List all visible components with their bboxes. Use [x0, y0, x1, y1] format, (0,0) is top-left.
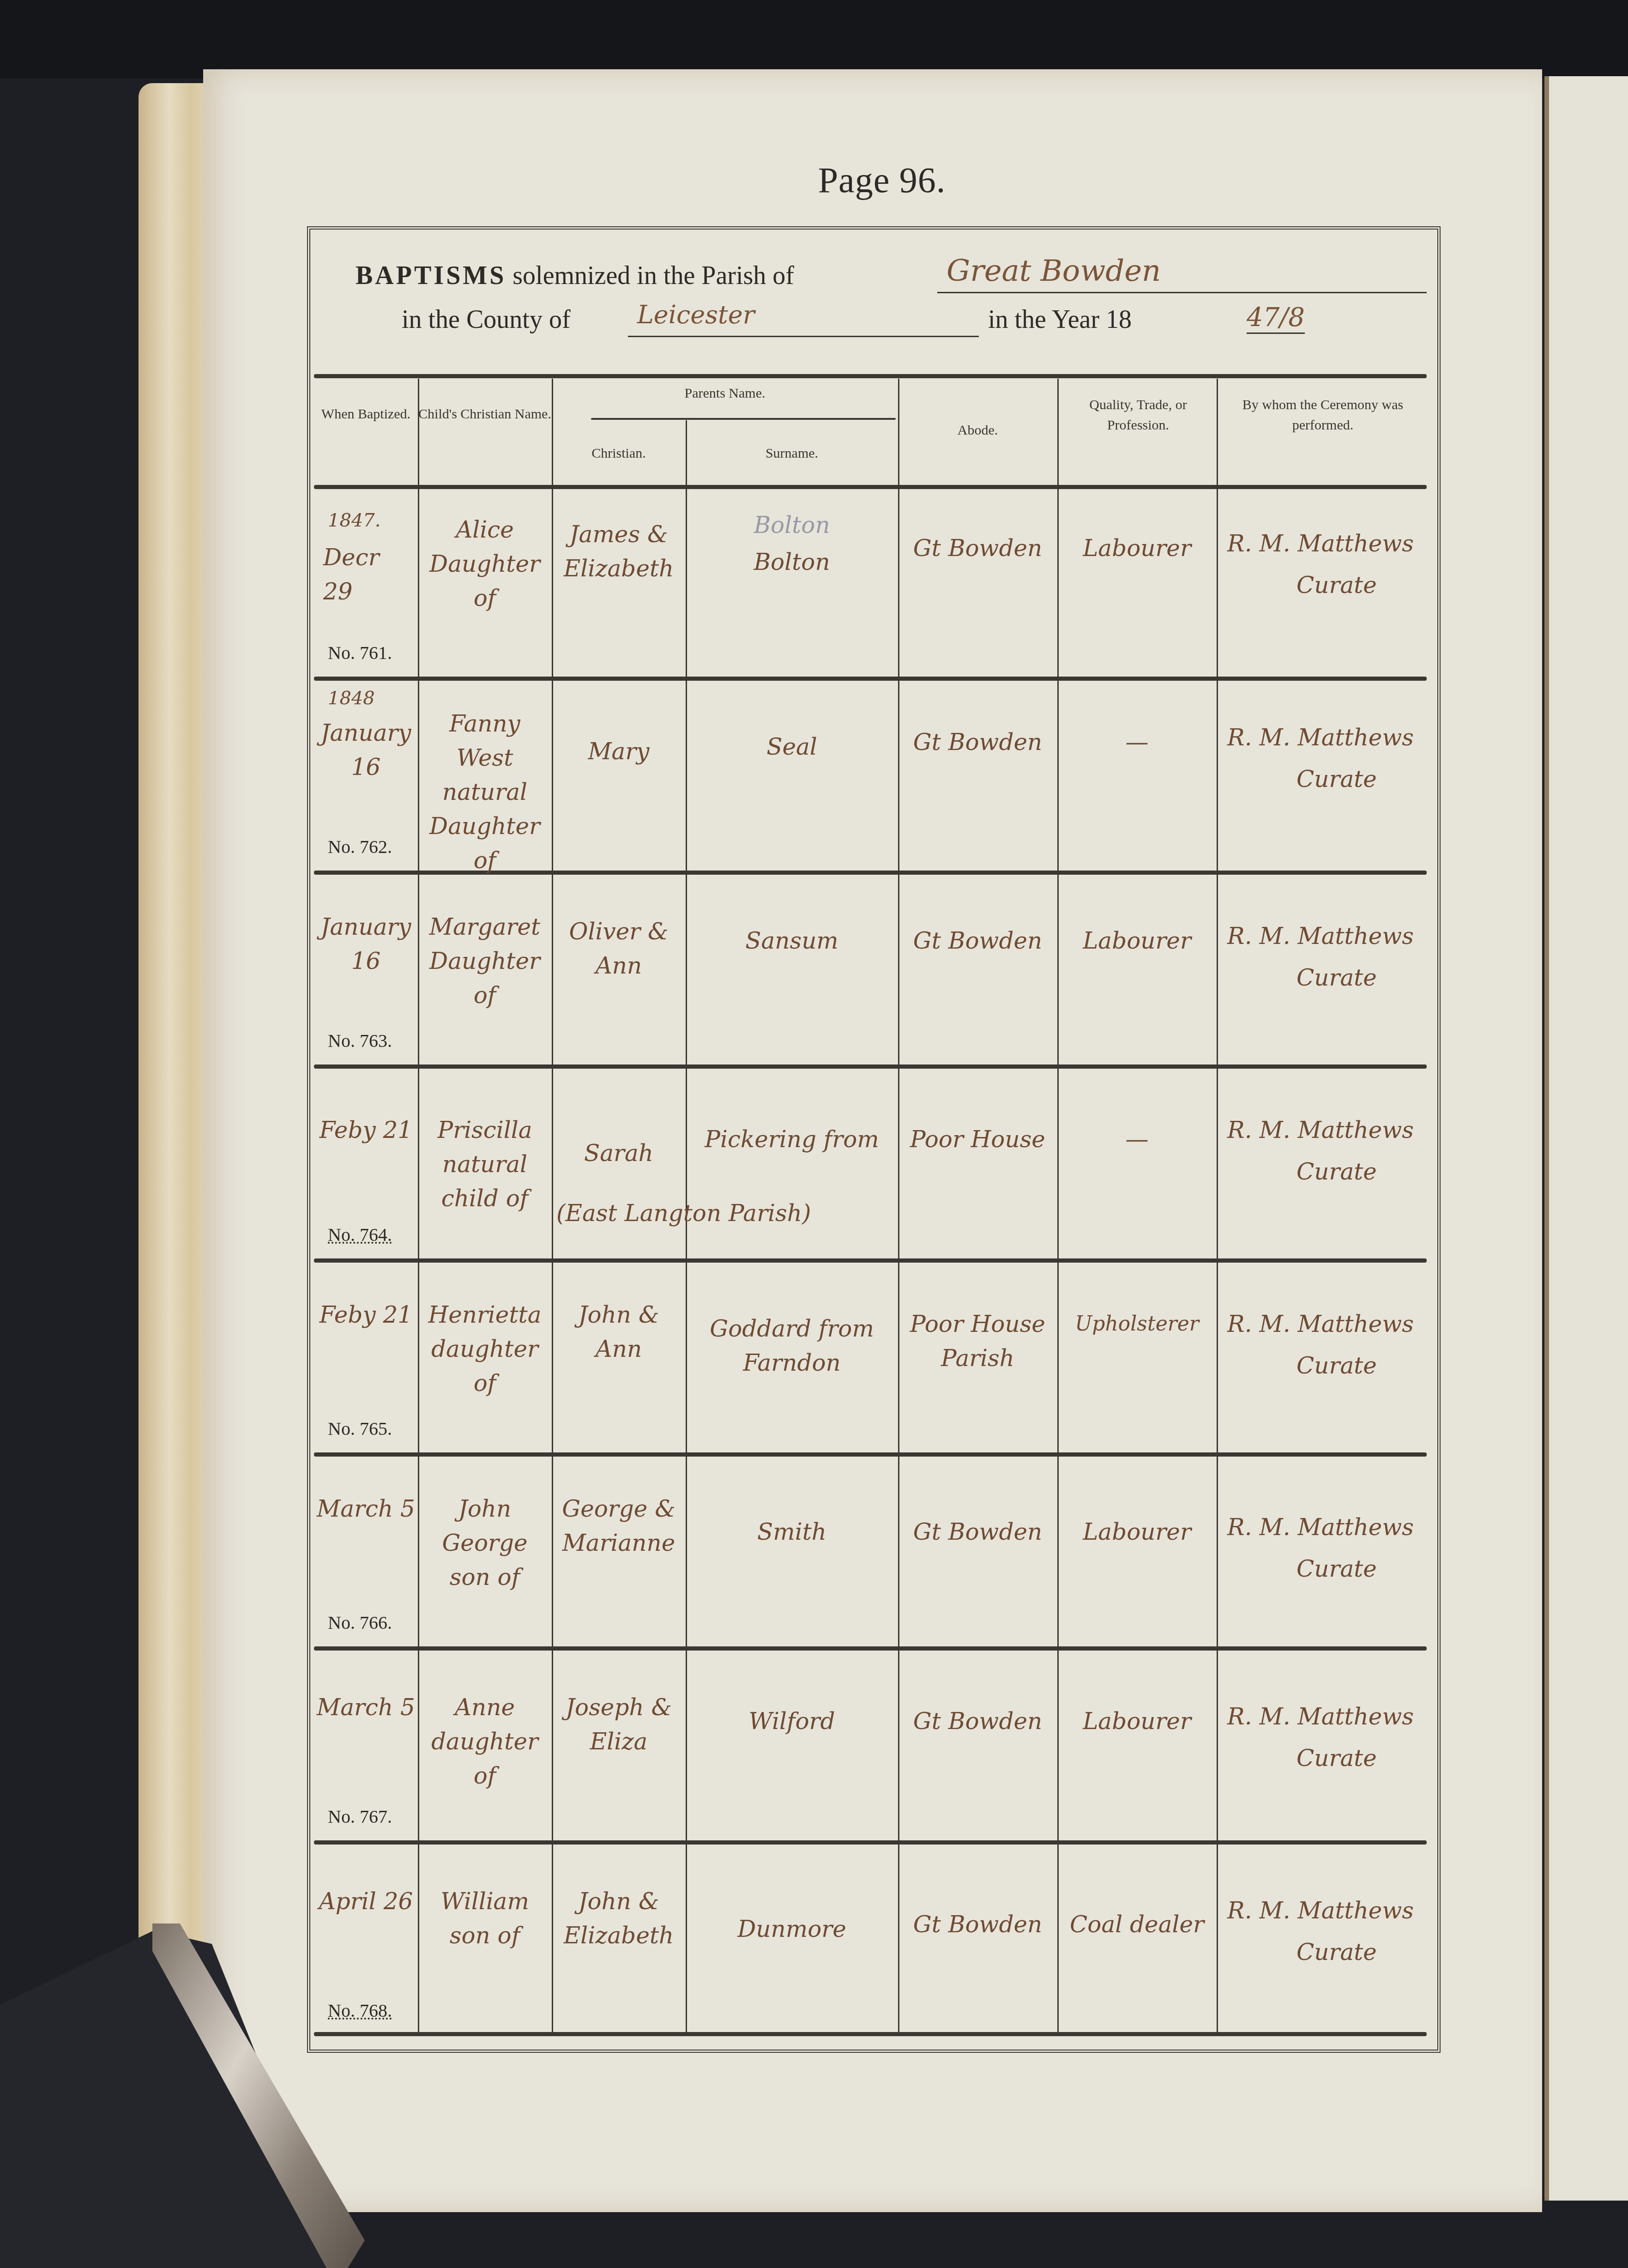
header-parents-christian: Christian.: [552, 443, 686, 464]
year-field: 47/8: [1247, 302, 1305, 334]
entry-1-trade: Labourer: [1062, 531, 1212, 565]
header-parents: Parents Name.: [552, 383, 898, 404]
entry-6-number: No. 766.: [328, 1612, 392, 1633]
entry-4-abode: Poor House: [903, 1122, 1053, 1156]
entry-5-parents-surname: Goddard from Farndon: [690, 1312, 893, 1380]
entry-5-date: Feby 21: [316, 1298, 416, 1332]
entry-7-officiant: R. M. Matthews: [1221, 1699, 1420, 1734]
entry-2-number: No. 762.: [328, 836, 392, 858]
entry-7-number: No. 767.: [328, 1806, 392, 1827]
entry-4-date: Feby 21: [316, 1113, 416, 1147]
col-divider-6: [1217, 379, 1218, 2032]
entry-6-abode: Gt Bowden: [903, 1515, 1053, 1549]
rule-bottom: [314, 2032, 1427, 2036]
baptism-register-table: When Baptized. Child's Christian Name. P…: [314, 374, 1427, 2037]
title-line-1: BAPTISMS solemnized in the Parish of: [356, 261, 794, 290]
entry-3-parents-surname: Sansum: [690, 924, 893, 958]
entry-3-abode: Gt Bowden: [903, 924, 1053, 958]
entry-7-date: March 5: [316, 1690, 416, 1724]
rule-row-5: [314, 1452, 1427, 1457]
entry-4-number: No. 764.: [328, 1224, 392, 1246]
rule-row-7: [314, 1840, 1427, 1845]
entry-3-date: January 16: [316, 910, 416, 978]
parish-field: Great Bowden: [937, 256, 1427, 293]
entry-3-child: Margaret Daughter of: [422, 910, 547, 1012]
col-divider-2: [552, 379, 553, 2032]
entry-1-abode: Gt Bowden: [903, 531, 1053, 565]
entry-7-abode: Gt Bowden: [903, 1704, 1053, 1738]
entry-1-officiant: R. M. Matthews: [1221, 526, 1420, 561]
entry-4-officiant: R. M. Matthews: [1221, 1113, 1420, 1147]
entry-6-officiant: R. M. Matthews: [1221, 1510, 1420, 1544]
entry-8-officiant-title: Curate: [1260, 1935, 1413, 1969]
entry-6-child: John George son of: [422, 1492, 547, 1594]
entry-1-year: 1847.: [328, 503, 381, 538]
entry-3-number: No. 763.: [328, 1030, 392, 1052]
rule-header-bottom: [314, 485, 1427, 489]
entry-4-child: Priscilla natural child of: [422, 1113, 547, 1216]
rule-row-3: [314, 1064, 1427, 1069]
dark-backdrop: [0, 0, 1628, 79]
entry-2-child: Fanny West natural Daughter of: [422, 707, 547, 877]
page-number: Page 96.: [766, 159, 997, 201]
entry-1-child: Alice Daughter of: [422, 513, 547, 615]
entry-8-number: No. 768.: [328, 2000, 392, 2021]
entry-4-parents-surname: Pickering from: [690, 1122, 893, 1156]
rule-top: [314, 374, 1427, 378]
entry-8-trade: Coal dealer: [1062, 1907, 1212, 1941]
year-label: in the Year 18: [988, 305, 1132, 334]
entry-2-date: January 16: [316, 716, 416, 784]
title-caps: BAPTISMS: [356, 261, 506, 290]
entry-5-child: Henrietta daughter of: [422, 1298, 547, 1400]
register-title: BAPTISMS solemnized in the Parish of Gre…: [356, 256, 1431, 349]
entry-8-parents-christian: John & Elizabeth: [556, 1884, 681, 1953]
entry-6-date: March 5: [316, 1492, 416, 1526]
entry-5-parents-christian: John & Ann: [556, 1298, 681, 1366]
county-field: Leicester: [628, 302, 979, 337]
entry-8-abode: Gt Bowden: [903, 1907, 1053, 1941]
entry-7-officiant-title: Curate: [1260, 1741, 1413, 1775]
entry-6-trade: Labourer: [1062, 1515, 1212, 1549]
entry-5-officiant: R. M. Matthews: [1221, 1307, 1420, 1341]
header-officiant: By whom the Ceremony was performed.: [1237, 395, 1408, 435]
col-divider-5: [1057, 379, 1059, 2032]
rule-row-1: [314, 677, 1427, 681]
rule-row-6: [314, 1646, 1427, 1651]
entry-5-trade: Upholsterer: [1062, 1307, 1212, 1341]
title-line-2: in the County of: [402, 305, 571, 334]
entry-1-parents-christian: James & Elizabeth: [556, 517, 681, 586]
rule-row-4: [314, 1258, 1427, 1263]
entry-2-officiant-title: Curate: [1260, 762, 1413, 796]
entry-5-abode: Poor House Parish: [903, 1307, 1053, 1375]
entry-8-parents-surname: Dunmore: [690, 1912, 893, 1946]
entry-3-parents-christian: Oliver & Ann: [556, 914, 681, 983]
header-parents-surname: Surname.: [686, 443, 898, 464]
entry-6-officiant-title: Curate: [1260, 1552, 1413, 1586]
entry-8-date: April 26: [316, 1884, 416, 1918]
col-divider-1: [418, 379, 419, 2032]
entry-4-parents-christian: Sarah: [556, 1136, 681, 1170]
entry-2-parents-christian: Mary: [556, 734, 681, 768]
entry-2-abode: Gt Bowden: [903, 725, 1053, 759]
entry-6-parents-christian: George & Marianne: [556, 1492, 681, 1560]
entry-4-trade: —: [1062, 1122, 1212, 1156]
header-trade: Quality, Trade, or Profession.: [1080, 395, 1196, 435]
header-child: Child's Christian Name.: [418, 404, 552, 424]
entry-3-trade: Labourer: [1062, 924, 1212, 958]
entry-1-number: No. 761.: [328, 642, 392, 664]
title-line1-text: solemnized in the Parish of: [513, 261, 794, 290]
entry-5-number: No. 765.: [328, 1418, 392, 1439]
entry-1-date: Decr 29: [323, 540, 416, 609]
facing-page: [1544, 76, 1628, 2201]
entry-6-parents-surname: Smith: [690, 1515, 893, 1549]
entry-7-trade: Labourer: [1062, 1704, 1212, 1738]
header-abode: Abode.: [898, 420, 1057, 441]
entry-2-trade: —: [1062, 725, 1212, 759]
entry-7-child: Anne daughter of: [422, 1690, 547, 1793]
entry-7-parents-christian: Joseph & Eliza: [556, 1690, 681, 1759]
rule-parents-sub: [591, 418, 896, 420]
entry-5-officiant-title: Curate: [1260, 1349, 1413, 1383]
entry-4-spanning-note: (East Langton Parish): [556, 1196, 1018, 1230]
entry-4-officiant-title: Curate: [1260, 1155, 1413, 1189]
entry-1-officiant-title: Curate: [1260, 568, 1413, 602]
entry-2-year: 1848: [328, 681, 375, 715]
entry-8-child: William son of: [422, 1884, 547, 1953]
entry-2-parents-surname: Seal: [690, 730, 893, 764]
entry-3-officiant-title: Curate: [1260, 961, 1413, 995]
entry-1-surname-pencil-note: Bolton: [690, 508, 893, 542]
entry-3-officiant: R. M. Matthews: [1221, 919, 1420, 953]
entry-8-officiant: R. M. Matthews: [1221, 1893, 1420, 1928]
entry-2-officiant: R. M. Matthews: [1221, 720, 1420, 755]
entry-7-parents-surname: Wilford: [690, 1704, 893, 1738]
header-when: When Baptized.: [314, 404, 418, 424]
entry-1-parents-surname: Bolton: [690, 545, 893, 579]
